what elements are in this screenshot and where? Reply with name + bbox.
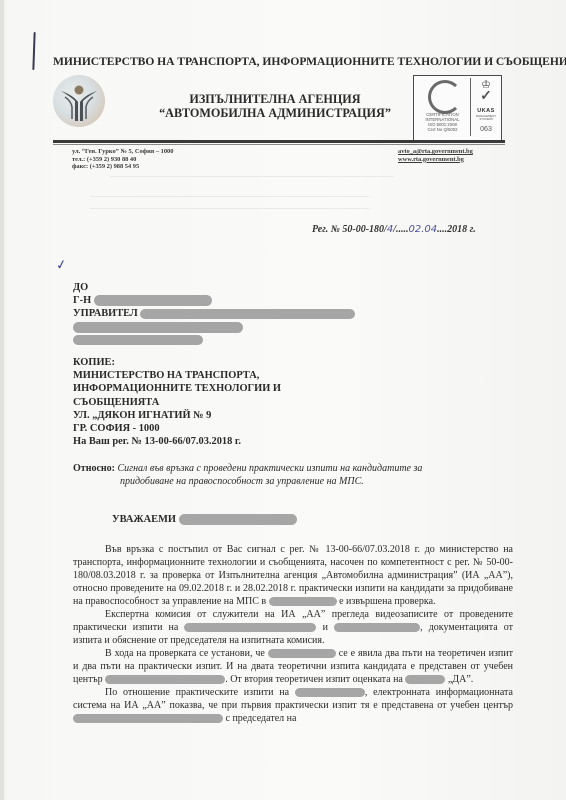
copy-line: МИНИСТЕРСТВО НА ТРАНСПОРТА, [73, 369, 281, 382]
paragraph-text: . От втория теоретичен изпит оценката на [225, 674, 403, 685]
agency-title-line2: “АВТОМОБИЛНА АДМИНИСТРАЦИЯ” [150, 106, 400, 120]
paragraph: Експертна комисия от служители на ИА „АА… [73, 608, 513, 647]
redaction [268, 649, 336, 658]
ministry-title: МИНИСТЕРСТВО НА ТРАНСПОРТА, ИНФОРМАЦИОНН… [53, 55, 563, 68]
copy-line: СЪОБЩЕНИЯТА [73, 396, 281, 409]
letter-body: Във връзка с постъпил от Вас сигнал с ре… [73, 543, 513, 725]
web-contact: avto_a@rta.government.bg www.rta.governm… [398, 148, 473, 163]
subject-text: Сигнал във връзка с проведени практическ… [118, 463, 423, 474]
redaction [269, 597, 337, 606]
agency-title: ИЗПЪЛНИТЕЛНА АГЕНЦИЯ “АВТОМОБИЛНА АДМИНИ… [150, 92, 400, 120]
subject-line: Относно: Сигнал във връзка с проведени п… [73, 462, 513, 488]
certification-ring-icon [428, 80, 462, 114]
handwritten-check-icon: ✓ [55, 257, 68, 274]
handwritten-reg-date: 02.04 [409, 224, 438, 235]
redaction [179, 514, 297, 525]
bleed-through-text: ________________________________________… [90, 200, 369, 210]
reg-sep: /..... [393, 224, 408, 235]
registration-number: Рег. № 50-00-180/4/.....02.04....2018 г. [312, 224, 476, 235]
redaction [73, 322, 243, 333]
certification-text: CERTIFICATION INTERNATIONAL ISO 9001:200… [415, 112, 470, 132]
paragraph-text: е извършена проверка. [339, 596, 435, 607]
recipient-to: ДО [73, 281, 355, 294]
cert-divider [470, 78, 471, 136]
redaction [334, 623, 420, 632]
redaction [184, 623, 316, 632]
pen-mark [32, 32, 35, 70]
redaction [105, 675, 225, 684]
agency-emblem-icon [53, 75, 105, 127]
bleed-through-text: ________________________________________… [90, 188, 369, 198]
ukas-number: 063 [472, 126, 500, 133]
subject-label: Относно [73, 463, 112, 474]
salutation: УВАЖАЕМИ [112, 514, 297, 525]
paragraph: По отношение практическите изпити на , е… [73, 686, 513, 725]
your-reg-number: На Ваш рег. № 13-00-66/07.03.2018 г. [73, 435, 281, 448]
redaction [73, 714, 223, 723]
paragraph-text: с председател на [226, 713, 297, 724]
redaction [295, 688, 365, 697]
recipient-name-line: Г-Н [73, 294, 355, 307]
copy-city: ГР. СОФИЯ - 1000 [73, 422, 281, 435]
redaction [94, 295, 212, 306]
copy-street: УЛ. „ДЯКОН ИГНАТИЙ № 9 [73, 409, 281, 422]
email-link[interactable]: avto_a@rta.government.bg [398, 148, 473, 156]
redaction [405, 675, 445, 684]
copy-label: КОПИЕ: [73, 356, 281, 369]
certification-badge: CERTIFICATION INTERNATIONAL ISO 9001:200… [413, 75, 502, 141]
redaction [73, 335, 203, 345]
header-divider-thin [53, 144, 505, 145]
checkmark-icon: ✓ [474, 90, 498, 104]
copy-line: ИНФОРМАЦИОННИТЕ ТЕХНОЛОГИИ И [73, 382, 281, 395]
copy-block: КОПИЕ: МИНИСТЕРСТВО НА ТРАНСПОРТА, ИНФОР… [73, 356, 281, 448]
contact-info: ул. “Ген. Гурко” № 5, София – 1000 тел.:… [72, 148, 173, 171]
website-link[interactable]: www.rta.government.bg [398, 156, 473, 164]
recipient-title: Г-Н [73, 295, 91, 306]
fax: факс: (+359 2) 988 54 95 [72, 163, 173, 171]
paragraph-text: По отношение практическите изпити на [105, 687, 289, 698]
subject-text-cont: придобиване на правоспособност за управл… [73, 475, 513, 488]
header-divider [53, 140, 505, 143]
scan-edge [0, 0, 4, 800]
reg-prefix: Рег. № 50-00-180/ [312, 224, 387, 235]
redaction [140, 309, 355, 319]
paragraph-text: „ДА”. [448, 674, 473, 685]
paragraph-text: В хода на проверката се установи, че [105, 648, 265, 659]
paragraph-text: и [323, 622, 328, 633]
agency-title-line1: ИЗПЪЛНИТЕЛНА АГЕНЦИЯ [150, 92, 400, 106]
ukas-sub: MANAGEMENT SYSTEMS [472, 115, 500, 121]
cert-line: Cert No Q/5002 [415, 127, 470, 132]
recipient-role: УПРАВИТЕЛ [73, 308, 138, 319]
salutation-text: УВАЖАЕМИ [112, 514, 176, 525]
paragraph: Във връзка с постъпил от Вас сигнал с ре… [73, 543, 513, 608]
document-page: ________________________________________… [0, 0, 566, 800]
paragraph: В хода на проверката се установи, че се … [73, 647, 513, 686]
address: ул. “Ген. Гурко” № 5, София – 1000 [72, 148, 173, 156]
recipient-manager-line: УПРАВИТЕЛ [73, 307, 355, 320]
recipient-block: ДО Г-Н УПРАВИТЕЛ [73, 281, 355, 320]
phone: тел.: (+359 2) 930 88 40 [72, 156, 173, 164]
reg-year: 2018 г. [447, 224, 476, 235]
reg-sep: .... [437, 224, 447, 235]
